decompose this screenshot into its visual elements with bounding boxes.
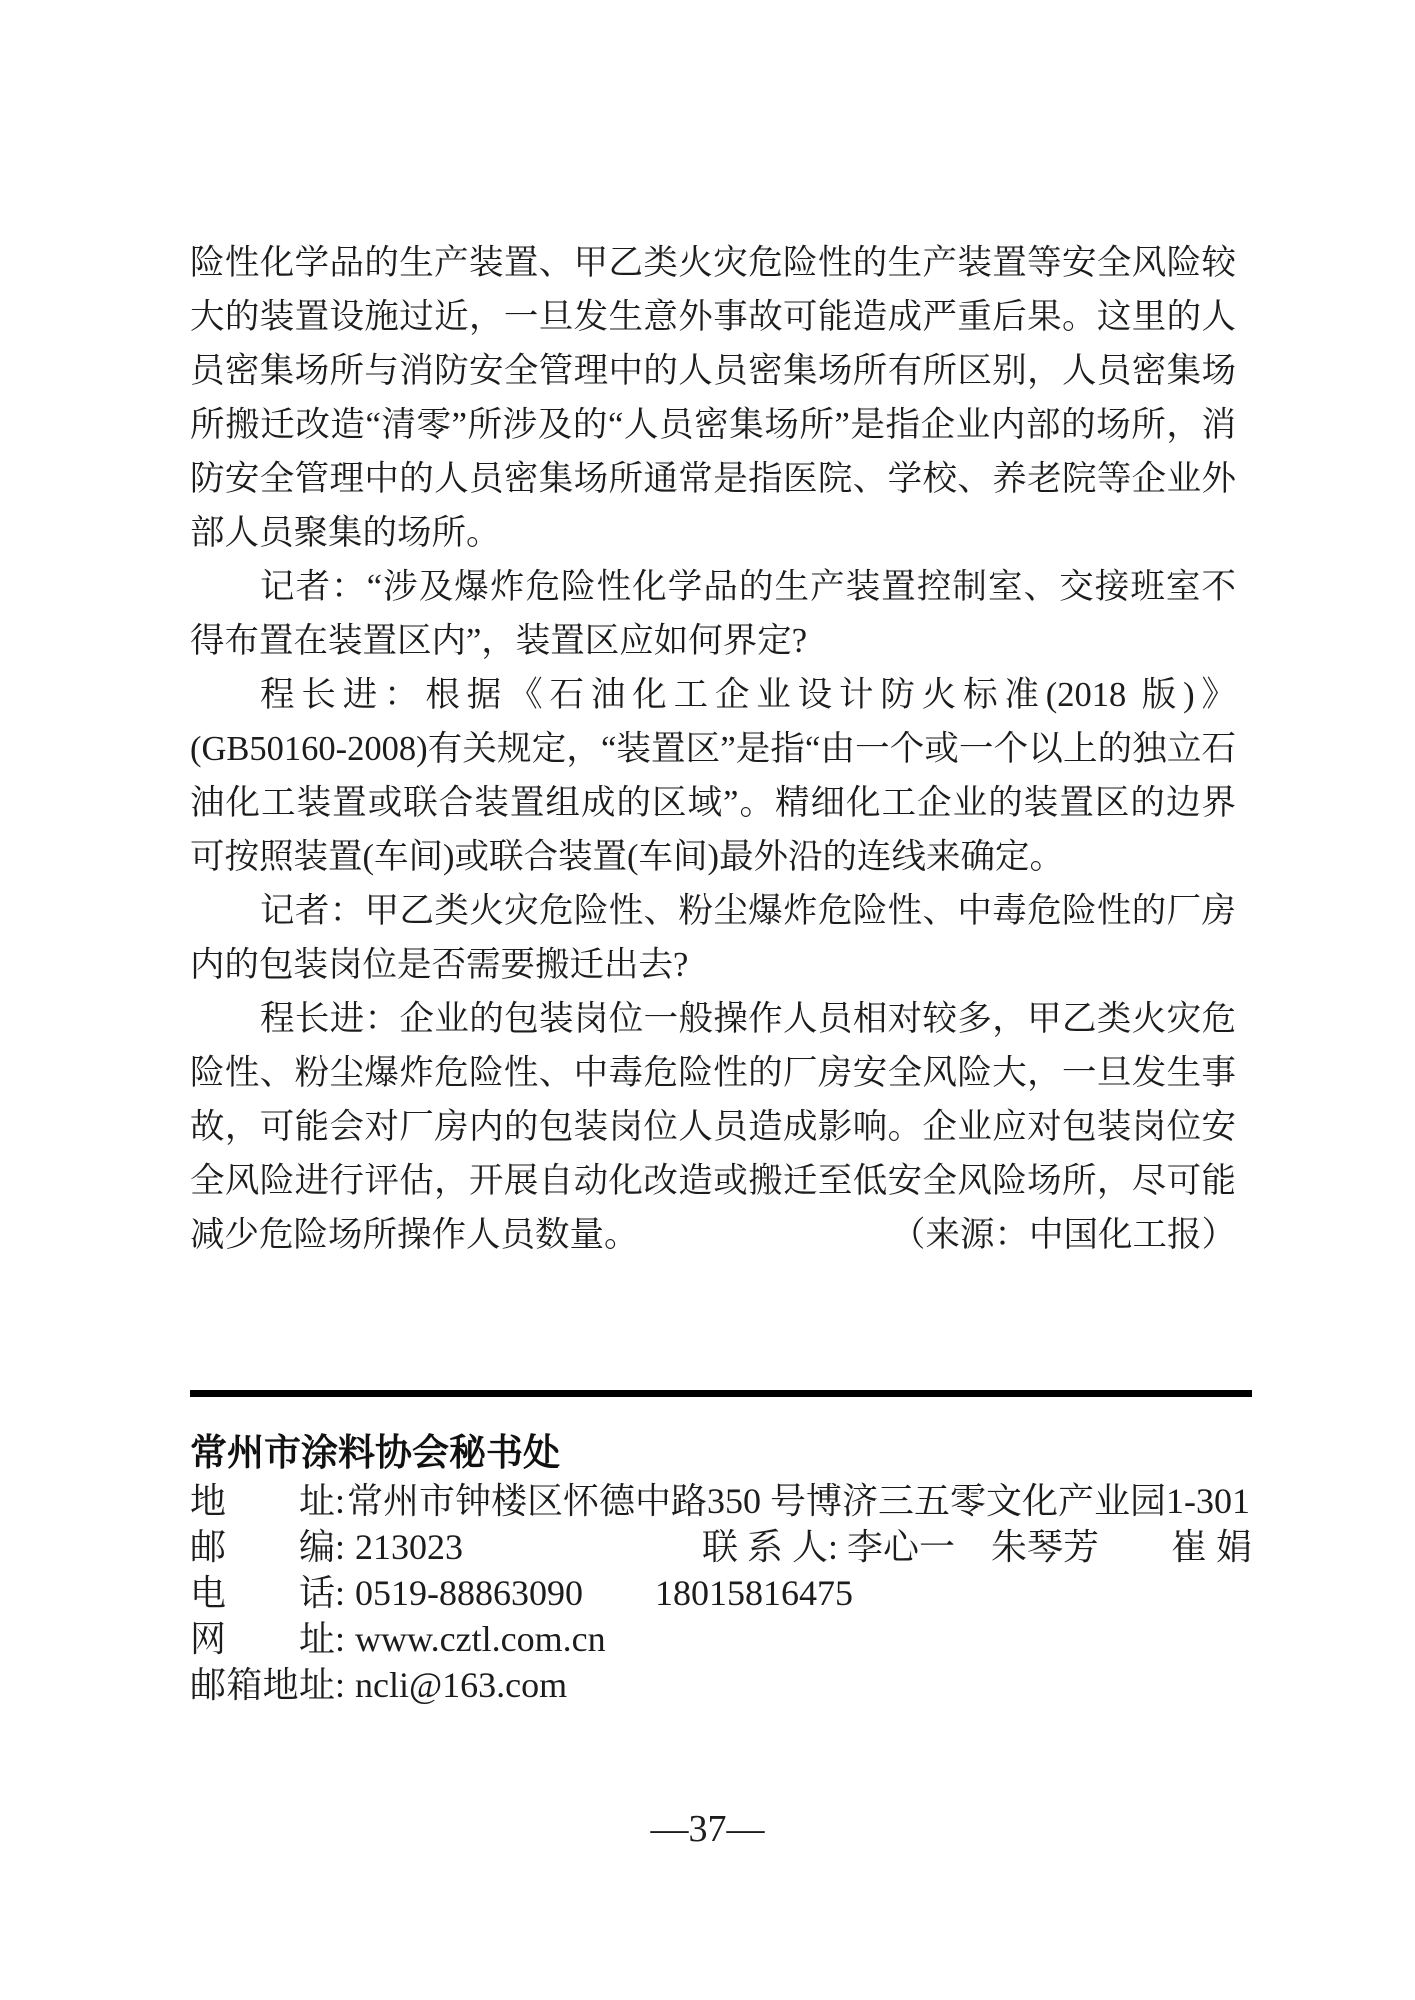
divider-rule	[190, 1390, 1252, 1397]
contact-row-phone: 电话 : 0519-88863090 18015816475	[190, 1570, 1252, 1616]
body-line: 部人员聚集的场所。	[190, 506, 1236, 560]
body-last-line: 减少危险场所操作人员数量。 （来源：中国化工报）	[190, 1208, 1236, 1262]
body-line: 程长进：企业的包装岗位一般操作人员相对较多，甲乙类火灾危	[190, 992, 1236, 1046]
body-line: 程长进：根据《石油化工企业设计防火标准(2018 版)》	[190, 668, 1236, 722]
contact-label: 邮编	[190, 1524, 335, 1570]
document-body: 险性化学品的生产装置、甲乙类火灾危险性的生产装置等安全风险较 大的装置设施过近，…	[190, 236, 1236, 1262]
source-note: （来源：中国化工报）	[891, 1208, 1236, 1262]
contact-row-website: 网址 : www.cztl.com.cn	[190, 1616, 1252, 1662]
footer-org-title: 常州市涂料协会秘书处	[190, 1430, 560, 1476]
body-line: 险性化学品的生产装置、甲乙类火灾危险性的生产装置等安全风险较	[190, 236, 1236, 290]
contact-colon: :	[335, 1662, 345, 1708]
contact-value-phone: 0519-88863090 18015816475	[355, 1570, 853, 1616]
body-line: 记者：甲乙类火灾危险性、粉尘爆炸危险性、中毒危险性的厂房	[190, 884, 1236, 938]
contact-label: 邮箱地址	[190, 1662, 335, 1708]
body-line: 险性、粉尘爆炸危险性、中毒危险性的厂房安全风险大，一旦发生事	[190, 1046, 1236, 1100]
contact-row-email: 邮箱地址 : ncli@163.com	[190, 1662, 1252, 1708]
contact-row-address: 地址 : 常州市钟楼区怀德中路350 号博济三五零文化产业园1-301	[190, 1478, 1252, 1524]
body-line: 员密集场所与消防安全管理中的人员密集场所有所区别，人员密集场	[190, 344, 1236, 398]
body-line: 防安全管理中的人员密集场所通常是指医院、学校、养老院等企业外	[190, 452, 1236, 506]
contact-value-postcode: 213023	[355, 1524, 463, 1570]
contact-section: 地址 : 常州市钟楼区怀德中路350 号博济三五零文化产业园1-301 邮编 :…	[190, 1478, 1252, 1708]
contact-value-address: 常州市钟楼区怀德中路350 号博济三五零文化产业园1-301	[347, 1478, 1250, 1524]
page-number: —37—	[0, 1806, 1415, 1852]
contact-colon: :	[335, 1570, 345, 1616]
body-line: 油化工装置或联合装置组成的区域”。精细化工企业的装置区的边界	[190, 776, 1236, 830]
contact-colon: :	[335, 1616, 345, 1662]
body-line: 所搬迁改造“清零”所涉及的“人员密集场所”是指企业内部的场所，消	[190, 398, 1236, 452]
contact-colon: :	[335, 1524, 345, 1570]
contact-label: 地址	[190, 1478, 335, 1524]
contact-value-email: ncli@163.com	[355, 1662, 567, 1708]
contact-colon: :	[335, 1478, 345, 1524]
body-line: 减少危险场所操作人员数量。	[190, 1208, 639, 1262]
body-line: 得布置在装置区内”，装置区应如何界定?	[190, 614, 1236, 668]
body-line: (GB50160-2008)有关规定，“装置区”是指“由一个或一个以上的独立石	[190, 722, 1236, 776]
contact-label: 电话	[190, 1570, 335, 1616]
contact-label: 网址	[190, 1616, 335, 1662]
body-line: 可按照装置(车间)或联合装置(车间)最外沿的连线来确定。	[190, 830, 1236, 884]
contact-person: 联 系 人: 李心一 朱琴芳 崔 娟	[702, 1524, 1252, 1570]
body-line: 内的包装岗位是否需要搬迁出去?	[190, 938, 1236, 992]
body-line: 全风险进行评估，开展自动化改造或搬迁至低安全风险场所，尽可能	[190, 1154, 1236, 1208]
body-line: 记者：“涉及爆炸危险性化学品的生产装置控制室、交接班室不	[190, 560, 1236, 614]
body-line: 故，可能会对厂房内的包装岗位人员造成影响。企业应对包装岗位安	[190, 1100, 1236, 1154]
contact-row-postcode: 邮编 : 213023 联 系 人: 李心一 朱琴芳 崔 娟	[190, 1524, 1252, 1570]
contact-value-website: www.cztl.com.cn	[355, 1616, 606, 1662]
body-line: 大的装置设施过近，一旦发生意外事故可能造成严重后果。这里的人	[190, 290, 1236, 344]
document-page: 险性化学品的生产装置、甲乙类火灾危险性的生产装置等安全风险较 大的装置设施过近，…	[0, 0, 1415, 2000]
